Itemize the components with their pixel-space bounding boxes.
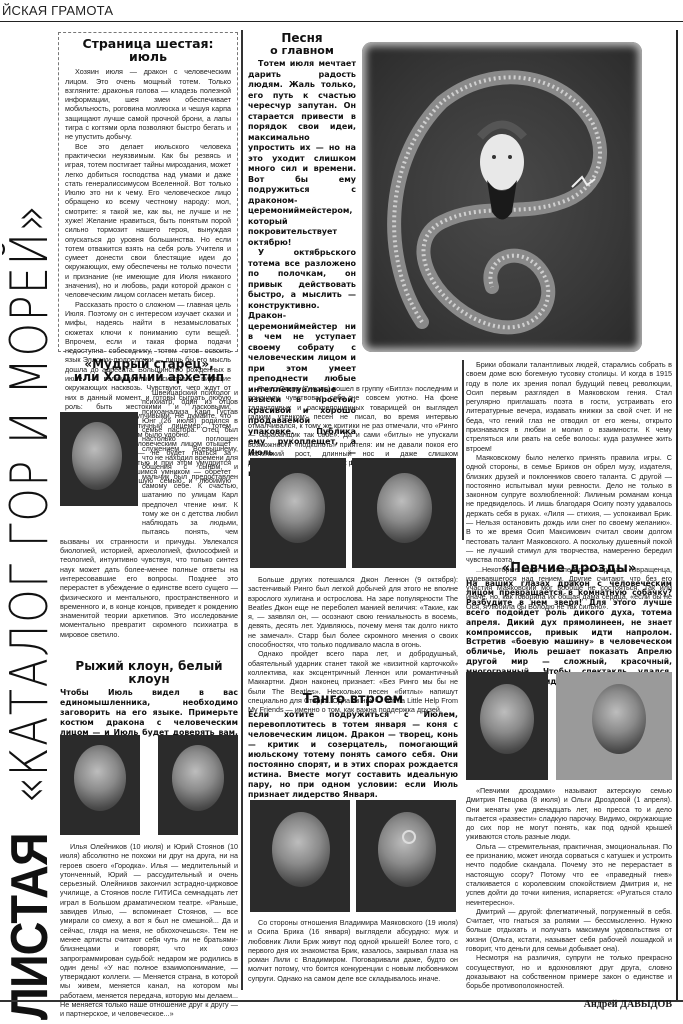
running-title: ЙСКАЯ ГРАМОТА — [2, 3, 113, 18]
lennon-photo — [352, 458, 456, 568]
thrushes-body: «Певчими дроздами» называют актерскую се… — [466, 786, 672, 991]
paragraph: Ринго Старр (7 июля) вошел в группу «Бит… — [248, 384, 458, 468]
july-article: Страница шестая: июль Хозяин июля — драк… — [58, 32, 238, 352]
mayakovsky-photo — [250, 800, 350, 912]
jung-title-line1: «Мудрый старец», — [60, 358, 238, 371]
paragraph: «Певчими дроздами» называют актерскую се… — [466, 786, 672, 842]
ringo-photo — [250, 458, 346, 568]
song-title-line1: Песня — [248, 32, 356, 45]
vertical-title-bold: ЛИСТАЯ — [2, 833, 58, 1020]
dragon-illustration — [362, 42, 642, 352]
clown-body: Илья Олейников (10 июля) и Юрий Стоянов … — [60, 842, 238, 1019]
thrushes-title: «Певчие дрозды» — [466, 562, 672, 576]
jung-article: «Мудрый старец», или Ходячий архетип — [60, 358, 238, 386]
paragraph: Дмитрий — другой: флегматичный, погружен… — [466, 907, 672, 953]
tango-lead: Если хотите подружиться с Июлем, перевоп… — [248, 710, 458, 800]
mayakovsky-body: Со стороны отношения Владимира Маяковско… — [248, 918, 458, 983]
paragraph: Тотем июля мечтает дарить радость людям.… — [248, 59, 356, 248]
oleynikov-photo — [60, 735, 140, 835]
author-signature: Андрей ДАВЫДОВ — [466, 999, 672, 1010]
running-header: ЙСКАЯ ГРАМОТА — [0, 0, 683, 22]
paragraph: Илья Олейников (10 июля) и Юрий Стоянов … — [60, 842, 238, 1019]
vertical-title: ЛИСТАЯ «КАТАЛОГ ГОР И МОРЕЙ» — [2, 30, 58, 1020]
thrushes-article: «Певчие дрозды» На ваших глазах дракон с… — [466, 562, 672, 686]
paragraph: Все это делает июльского человека практи… — [65, 142, 231, 300]
paragraph: Несмотря на различия, супруги не только … — [466, 953, 672, 990]
page-edge — [676, 30, 678, 1000]
clown-body-wrap: Илья Олейников (10 июля) и Юрий Стоянов … — [60, 842, 238, 1019]
paragraph: Маяковскому было нелегко принять правила… — [466, 453, 672, 565]
tango-title: Танго втроем — [248, 693, 458, 707]
paragraph: Хозяин июля — дракон с человеческим лицо… — [65, 67, 231, 141]
song-title-line2: о главном — [248, 45, 356, 57]
drozdova-photo — [556, 672, 672, 780]
pevtsov-photo — [466, 672, 548, 780]
column-divider — [241, 30, 243, 990]
paragraph: Брики обожали талантливых людей, старали… — [466, 360, 672, 453]
song-article: Песня о главном Тотем июля мечтает дарит… — [248, 32, 356, 362]
thrushes-lead: На ваших глазах дракон с человеческим ли… — [466, 579, 672, 687]
vertical-title-thin: «КАТАЛОГ ГОР И МОРЕЙ» — [2, 204, 58, 804]
mayakovsky-article: Со стороны отношения Владимира Маяковско… — [248, 918, 458, 983]
jung-title-line2: или Ходячий архетип — [60, 371, 238, 384]
column-divider — [462, 360, 464, 540]
brik-photo — [356, 800, 456, 912]
dragon-icon — [362, 42, 642, 352]
stoyanov-photo — [158, 735, 238, 835]
paragraph: Ольга — стремительная, практичная, эмоци… — [466, 842, 672, 907]
clown-title: Рыжий клоун, белый клоун — [60, 660, 238, 685]
paragraph: Со стороны отношения Владимира Маяковско… — [248, 918, 458, 983]
ringo-body-1: Ринго Старр (7 июля) вошел в группу «Бит… — [248, 384, 458, 468]
thrushes-body-wrap: «Певчими дроздами» называют актерскую се… — [466, 786, 672, 1010]
ringo-article: Ринго Старр (7 июля) вошел в группу «Бит… — [248, 384, 458, 468]
tango-article: Танго втроем Если хотите подружиться с И… — [248, 693, 458, 800]
monocle-icon — [402, 830, 416, 844]
paragraph: Больше других потешался Джон Леннон (9 о… — [248, 575, 458, 649]
july-title: Страница шестая: июль — [65, 37, 231, 63]
jung-body-wrap: Швейцарский психолог и психиатр, один из… — [60, 388, 238, 638]
